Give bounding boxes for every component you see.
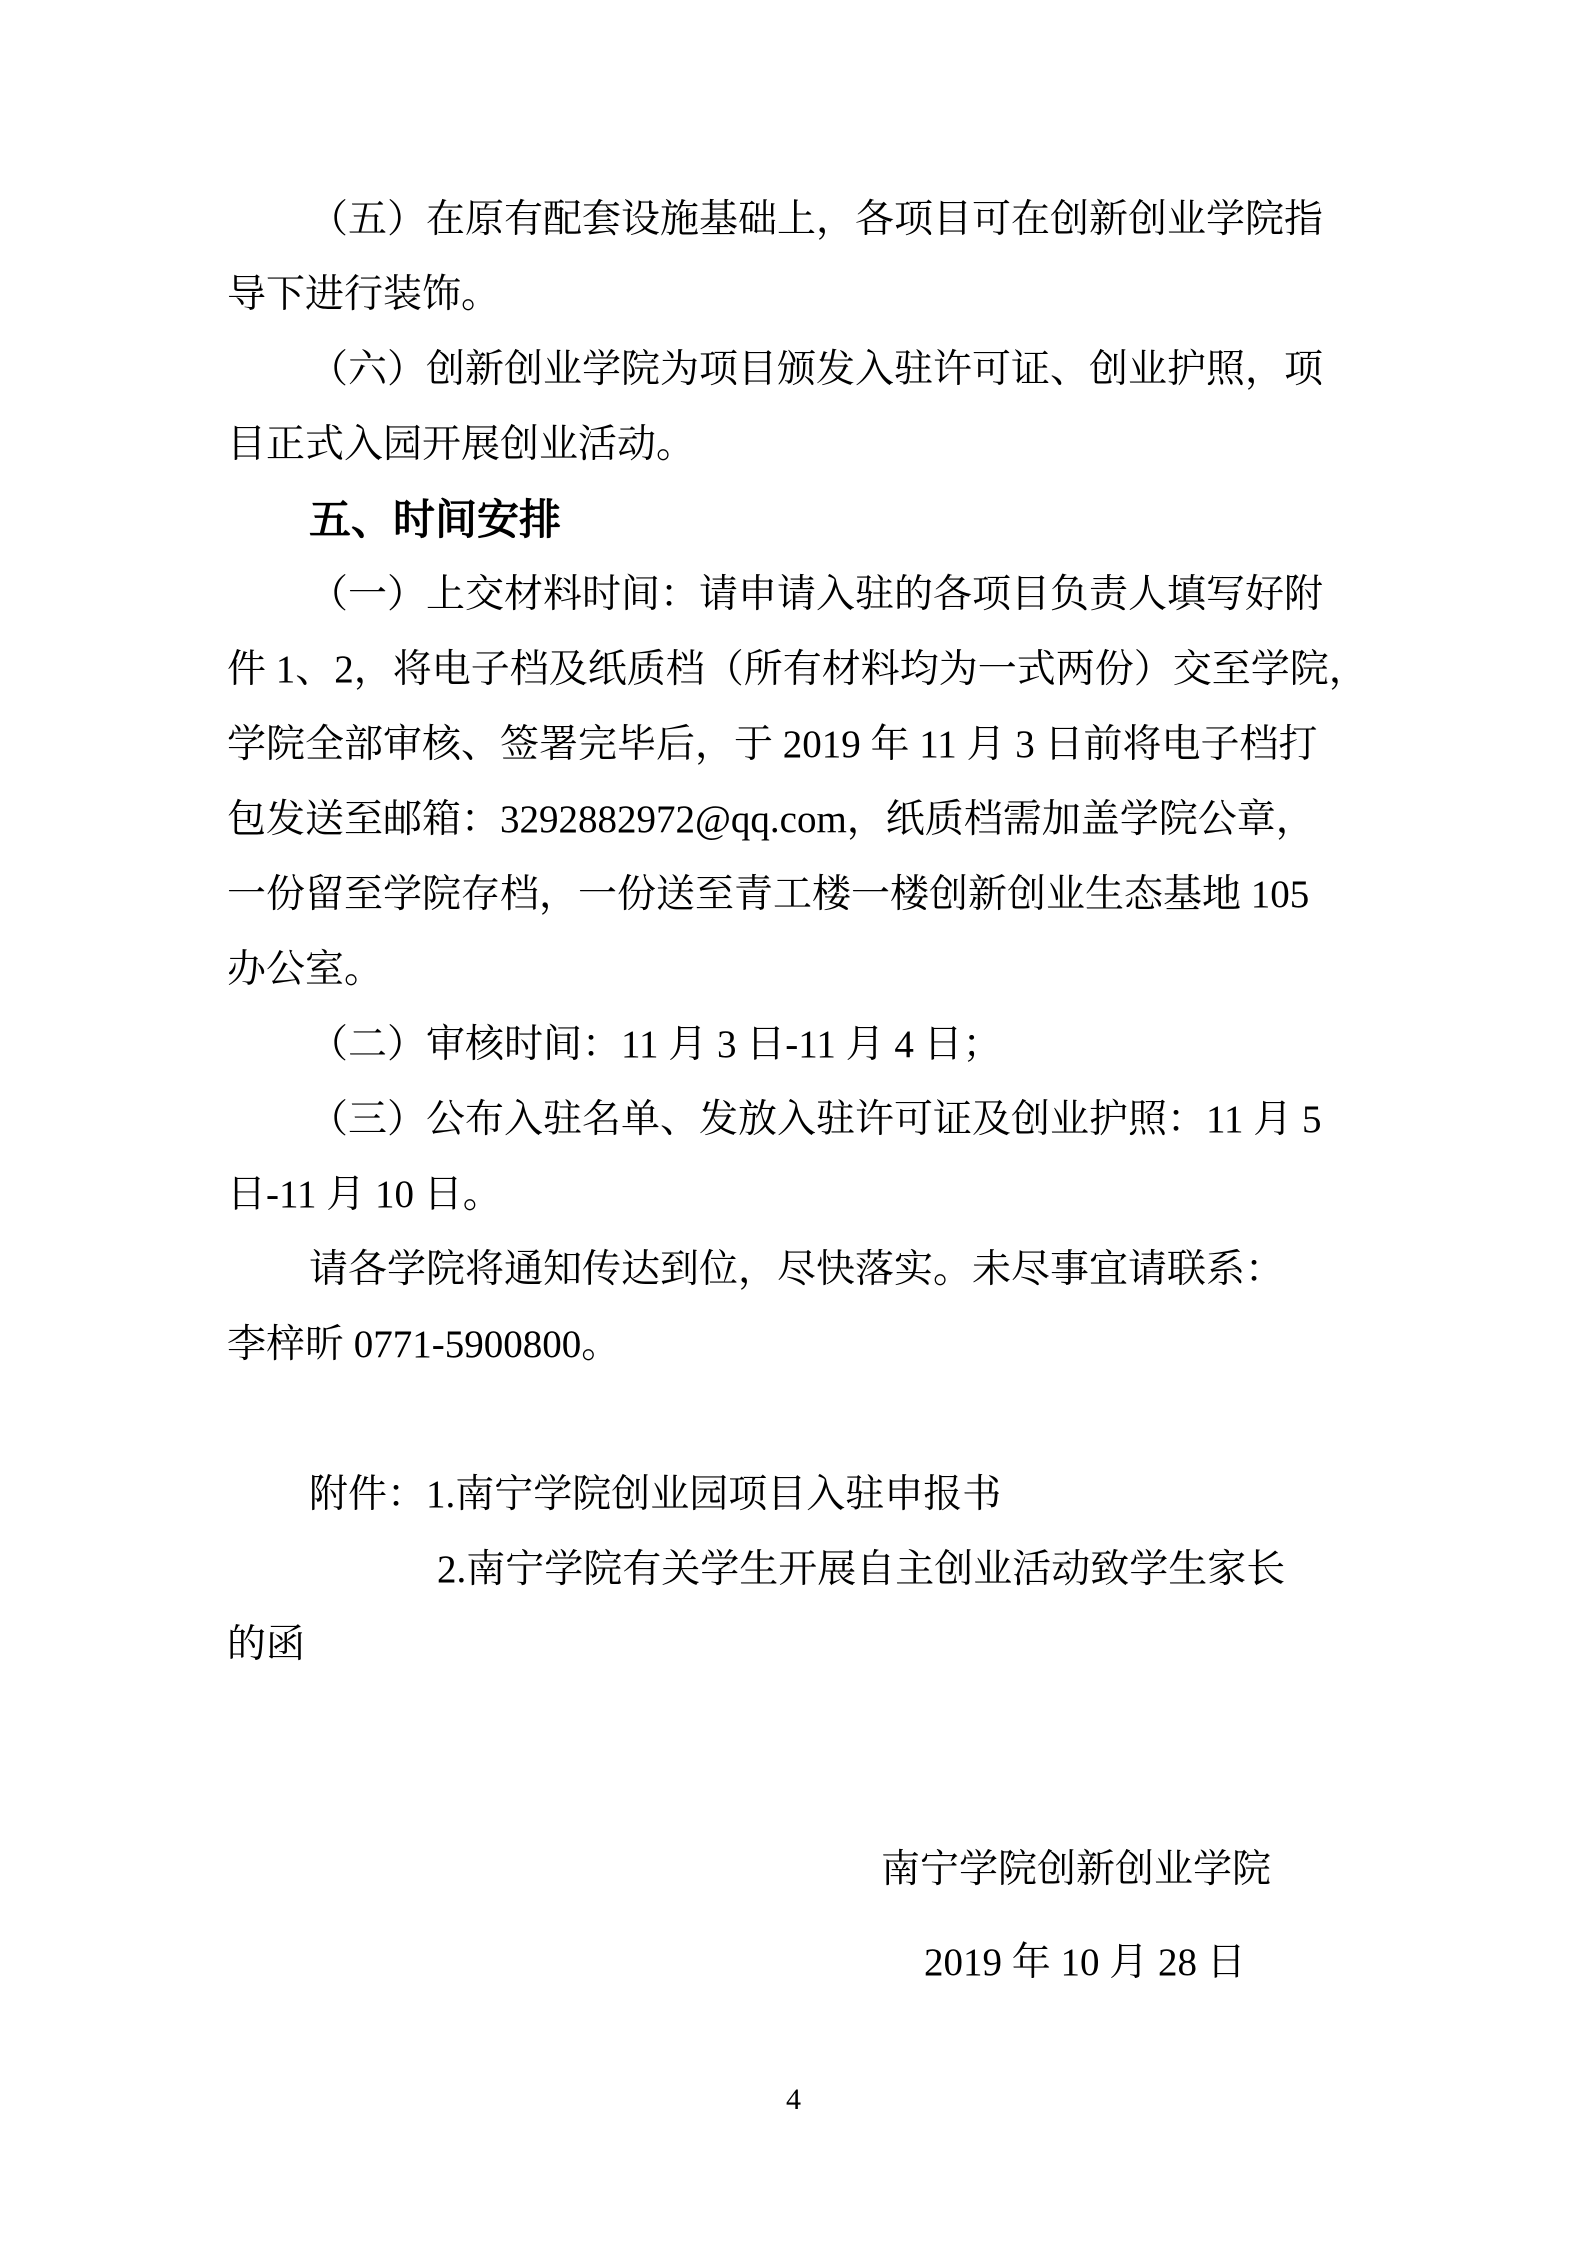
document-page: （五）在原有配套设施基础上，各项目可在创新创业学院指 导下进行装饰。 （六）创新… — [0, 0, 1587, 2245]
spacer — [227, 1382, 1372, 1457]
para-3-line-2: 日-11 月 10 日。 — [227, 1157, 1372, 1232]
para-2-line-1: （二）审核时间：11 月 3 日-11 月 4 日； — [227, 1007, 1372, 1082]
para-1-line-5: 一份留至学院存档，一份送至青工楼一楼创新创业生态基地 105 — [227, 857, 1372, 932]
attachment-line-2: 2.南宁学院有关学生开展自主创业活动致学生家长 — [227, 1532, 1372, 1607]
para-1-line-2: 件 1、2，将电子档及纸质档（所有材料均为一式两份）交至学院， — [227, 632, 1372, 707]
para-1-line-3: 学院全部审核、签署完毕后，于 2019 年 11 月 3 日前将电子档打 — [227, 707, 1372, 782]
spacer — [227, 1682, 1372, 1757]
para-5-line-1: （五）在原有配套设施基础上，各项目可在创新创业学院指 — [227, 182, 1372, 257]
document-body: （五）在原有配套设施基础上，各项目可在创新创业学院指 导下进行装饰。 （六）创新… — [227, 182, 1372, 2000]
para-1-line-6: 办公室。 — [227, 932, 1372, 1007]
para-3-line-1: （三）公布入驻名单、发放入驻许可证及创业护照：11 月 5 — [227, 1082, 1372, 1157]
section-heading-time-schedule: 五、时间安排 — [227, 482, 1372, 557]
signature-org: 南宁学院创新创业学院 — [227, 1832, 1372, 1907]
closing-note-line-1: 请各学院将通知传达到位，尽快落实。未尽事宜请联系： — [227, 1232, 1372, 1307]
closing-note-line-2: 李梓昕 0771-5900800。 — [227, 1307, 1372, 1382]
attachment-line-3: 的函 — [227, 1607, 1372, 1682]
para-5-line-2: 导下进行装饰。 — [227, 257, 1372, 332]
para-6-line-1: （六）创新创业学院为项目颁发入驻许可证、创业护照，项 — [227, 332, 1372, 407]
page-number: 4 — [0, 2080, 1587, 2120]
spacer — [227, 1757, 1372, 1832]
para-1-line-4: 包发送至邮箱：3292882972@qq.com，纸质档需加盖学院公章， — [227, 782, 1372, 857]
signature-date: 2019 年 10 月 28 日 — [227, 1925, 1372, 2000]
para-6-line-2: 目正式入园开展创业活动。 — [227, 407, 1372, 482]
attachment-line-1: 附件：1.南宁学院创业园项目入驻申报书 — [227, 1457, 1372, 1532]
para-1-line-1: （一）上交材料时间：请申请入驻的各项目负责人填写好附 — [227, 557, 1372, 632]
